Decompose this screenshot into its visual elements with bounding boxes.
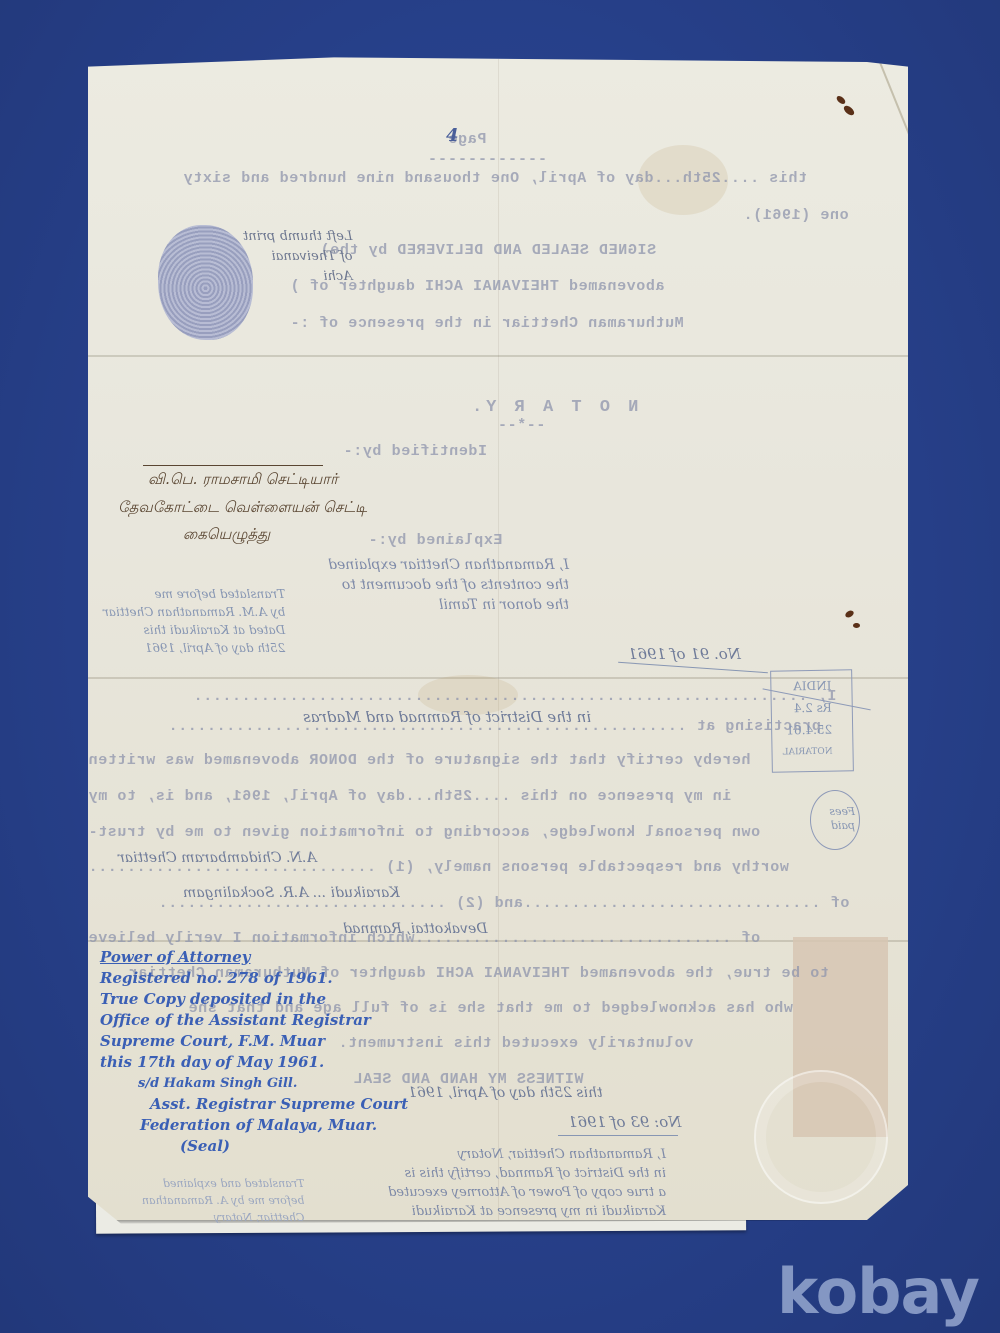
- translator-notes: Translated before me by A.M. Ramanathan …: [103, 585, 285, 657]
- embossed-seal: [754, 1070, 888, 1204]
- stamp-line: NOTARIAL: [782, 741, 832, 764]
- tamil-identifier-line-2: தேவகோட்டை வெள்ளையன் செட்டி: [118, 498, 367, 518]
- registration-seal-label: (Seal): [100, 1136, 408, 1157]
- notary-heading: N O T A R Y.: [468, 398, 638, 417]
- tamil-identifier-line-3: கையெழுத்து: [183, 525, 270, 545]
- typed-line: this ....25th...day of April, One thousa…: [183, 170, 807, 187]
- registration-line: s/d Hakam Singh Gill.: [100, 1073, 408, 1094]
- registration-line: True Copy deposited in the: [100, 989, 408, 1010]
- kobay-watermark: kobay: [777, 1255, 979, 1328]
- note-line: 25th day of April, 1961: [103, 639, 285, 657]
- rust-stain: [853, 623, 860, 628]
- registration-endorsement: Power of Attorney Registered no. 278 of …: [100, 947, 408, 1157]
- stamp-line: Rs 2.4: [782, 697, 832, 720]
- note-line: Translated and explained: [108, 1175, 304, 1192]
- note-line: the contents of the document to: [328, 575, 569, 595]
- stamp-line: 25.4.61: [782, 719, 832, 742]
- note-line: by A.M. Ramanathan Chettiar: [103, 603, 285, 621]
- note-line: Karaikudi in my presence at Karaikudi: [388, 1202, 666, 1221]
- registration-line: Registered no. 278 of 1961.: [100, 968, 408, 989]
- note-line: the donor in Tamil: [328, 595, 569, 615]
- registration-line: Asst. Registrar Supreme Court: [100, 1094, 408, 1115]
- typed-line: SIGNED SEALED AND DELIVERED by the): [320, 242, 656, 259]
- note-line: Translated before me: [103, 585, 285, 603]
- rust-stain: [844, 609, 855, 619]
- fees-circle: Fees paid: [810, 790, 860, 850]
- note-line: Achi: [243, 267, 353, 287]
- stamp-box-text: INDIA Rs 2.4 25.4.61 NOTARIAL: [781, 675, 833, 764]
- thumbprint: [158, 225, 253, 340]
- corner-crease: [876, 55, 934, 195]
- registration-line: Supreme Court, F.M. Muar: [100, 1031, 408, 1052]
- typed-line: one (1961).: [743, 207, 849, 224]
- explained-by-label: Explained by:-: [368, 532, 502, 549]
- note-line: before me by A. Ramanathan: [108, 1192, 304, 1209]
- note-line: a true copy of Power of Attorney execute…: [388, 1183, 666, 1202]
- witness-name-2: Karaikudi ... A.R. Sockalingam: [183, 885, 400, 901]
- explained-by-notes: I, Ramanathan Chettiar explained the con…: [328, 555, 569, 615]
- note-line: of Theivanai: [243, 247, 353, 267]
- registration-line: Office of the Assistant Registrar: [100, 1010, 408, 1031]
- notary-number: No. 91 of 1961: [628, 645, 741, 663]
- header-rule: ------------: [428, 151, 548, 168]
- thumbprint-note: Left thumb print of Theivanai Achi: [243, 227, 353, 287]
- notary-line: I, .....................................…: [193, 688, 836, 705]
- witness-date: this 25th day of April, 1961: [408, 1085, 603, 1101]
- typed-line: Muthuraman Chettiar in the presence of :…: [290, 315, 684, 332]
- page-number: 4: [446, 125, 459, 146]
- note-line: Dated at Karaikudi this: [103, 621, 285, 639]
- notary-line: hereby certify that the signature of the…: [88, 752, 751, 769]
- registration-line: Federation of Malaya, Muar.: [100, 1115, 408, 1136]
- registration-line: this 17th day of May 1961.: [100, 1052, 408, 1073]
- tamil-identifier-line-1: வி.பெ. ராமசாமி செட்டியார்: [148, 470, 338, 490]
- signature-underline: [143, 465, 323, 466]
- note-line: April 1961: [108, 1243, 304, 1260]
- rust-stain: [835, 94, 847, 105]
- stamp-line: INDIA: [781, 675, 831, 698]
- witness-number-underline: [558, 1135, 678, 1136]
- notary-practice-note: in the District of Ramnad and Madras: [303, 708, 591, 726]
- notary-number-underline: [618, 662, 768, 673]
- identified-by-label: Identified by:-: [343, 443, 487, 460]
- witness-name-1: A.N. Chidambaram Chettiar: [118, 850, 316, 866]
- note-line: I, Ramanathan Chettiar explained: [328, 555, 569, 575]
- note-line: Left thumb print: [243, 227, 353, 247]
- notary-line: in my presence on this ....25th...day of…: [88, 788, 731, 805]
- stamp-box: INDIA Rs 2.4 25.4.61 NOTARIAL: [770, 669, 854, 772]
- note-line: in the District of Ramnad, certify this …: [388, 1164, 666, 1183]
- document-page: Page 4 ------------ this ....25th...day …: [88, 55, 908, 1220]
- heading-rule: --*--: [498, 417, 546, 434]
- note-line: I, Ramanathan Chettiar, Notary: [388, 1145, 666, 1164]
- faint-pencil-notes: Translated and explained before me by A.…: [108, 1175, 304, 1260]
- rust-stain: [842, 104, 856, 117]
- witness-number: No: 93 of 1961: [568, 1113, 681, 1131]
- fees-note: Fees paid: [815, 805, 855, 833]
- witness-place: Devakottai, Ramnad: [343, 921, 487, 937]
- registration-line: Power of Attorney: [100, 947, 408, 968]
- notary-line: own personal knowledge, according to inf…: [88, 824, 760, 841]
